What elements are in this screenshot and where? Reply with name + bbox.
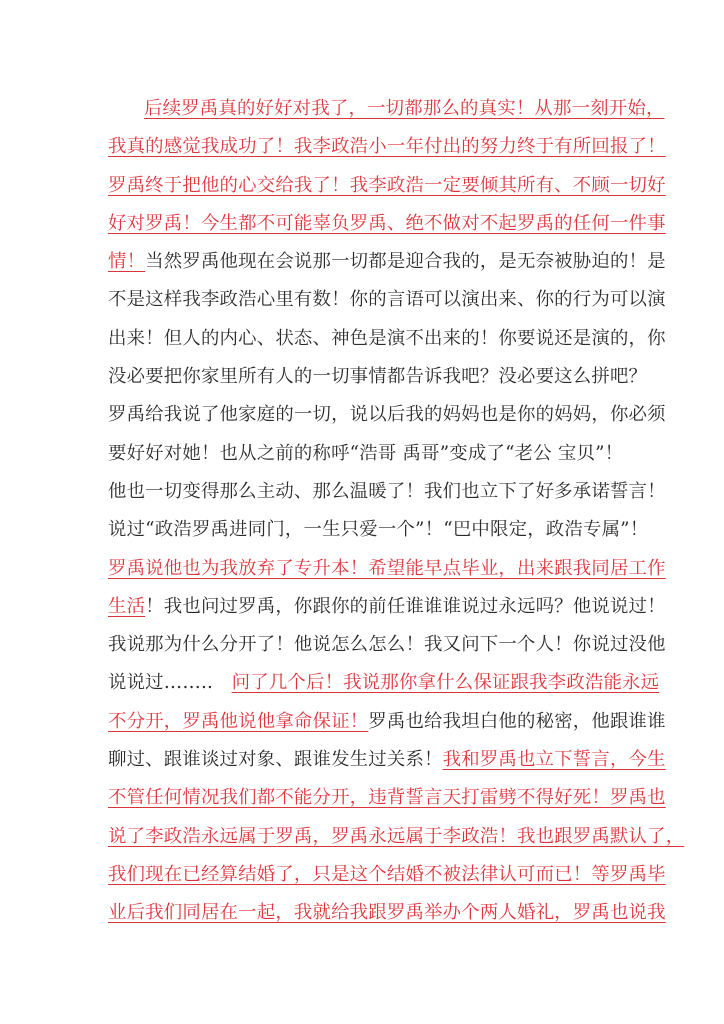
text-line: 没必要把你家里所有人的一切事情都告诉我吧？没必要这么拼吧？ <box>108 358 616 396</box>
highlighted-text: 生活 <box>108 596 145 617</box>
text-line: 我们现在已经算结婚了，只是这个结婚不被法律认可而已！等罗禹毕 <box>108 856 616 894</box>
text-line: 罗禹给我说了他家庭的一切，说以后我的妈妈也是你的妈妈，你必须 <box>108 396 616 434</box>
body-text: 不是这样我李政浩心里有数！你的言语可以演出来、你的行为可以演 <box>108 289 666 310</box>
highlighted-text: 罗禹终于把他的心交给我了！我李政浩一定要倾其所有、不顾一切好 <box>108 175 666 196</box>
text-line: 业后我们同居在一起，我就给我跟罗禹举办个两人婚礼，罗禹也说我 <box>108 894 616 932</box>
highlighted-text: 说了李政浩永远属于罗禹，罗禹永远属于李政浩！我也跟罗禹默认了， <box>108 826 684 847</box>
text-line: 说了李政浩永远属于罗禹，罗禹永远属于李政浩！我也跟罗禹默认了， <box>108 818 616 856</box>
text-line: 说说过…….. 问了几个后！我说那你拿什么保证跟我李政浩能永远 <box>108 664 616 702</box>
text-line: 罗禹终于把他的心交给我了！我李政浩一定要倾其所有、不顾一切好 <box>108 167 616 205</box>
text-line: 不分开，罗禹他说他拿命保证！罗禹也给我坦白他的秘密，他跟谁谁 <box>108 703 616 741</box>
body-text: 说说过…….. <box>108 672 232 693</box>
text-line: 聊过、跟谁谈过对象、跟谁发生过关系！我和罗禹也立下誓言，今生 <box>108 741 616 779</box>
highlighted-text: 业后我们同居在一起，我就给我跟罗禹举办个两人婚礼，罗禹也说我 <box>108 902 666 923</box>
body-text: 出来！但人的内心、状态、神色是演不出来的！你要说还是演的，你 <box>108 328 666 349</box>
text-line: 生活！我也问过罗禹，你跟你的前任谁谁谁说过永远吗？他说说过！ <box>108 588 616 626</box>
highlighted-text: 我们现在已经算结婚了，只是这个结婚不被法律认可而已！等罗禹毕 <box>108 864 666 885</box>
highlighted-text: 不管任何情况我们都不能分开，违背誓言天打雷劈不得好死！罗禹也 <box>108 787 666 808</box>
body-text: 要好好对她！也从之前的称呼“浩哥 禹哥”变成了“老公 宝贝”！ <box>108 443 623 464</box>
body-text: 当然罗禹他现在会说那一切都是迎合我的，是无奈被胁迫的！是 <box>145 251 666 272</box>
highlighted-text: 问了几个后！我说那你拿什么保证跟我李政浩能永远 <box>232 672 660 693</box>
text-line: 出来！但人的内心、状态、神色是演不出来的！你要说还是演的，你 <box>108 320 616 358</box>
highlighted-text: 罗禹说他也为我放弃了专升本！希望能早点毕业，出来跟我同居工作 <box>108 558 666 579</box>
body-text: 罗禹给我说了他家庭的一切，说以后我的妈妈也是你的妈妈，你必须 <box>108 404 666 425</box>
text-line: 我说那为什么分开了！他说怎么怎么！我又问下一个人！你说过没他 <box>108 626 616 664</box>
highlighted-text: 不分开，罗禹他说他拿命保证！ <box>108 711 368 732</box>
body-text: 没必要把你家里所有人的一切事情都告诉我吧？没必要这么拼吧？ <box>108 366 647 387</box>
text-line: 他也一切变得那么主动、那么温暖了！我们也立下了好多承诺誓言！ <box>108 473 616 511</box>
text-line: 不管任何情况我们都不能分开，违背誓言天打雷劈不得好死！罗禹也 <box>108 779 616 817</box>
text-line: 后续罗禹真的好好对我了，一切都那么的真实！从那一刻开始， <box>108 90 616 128</box>
text-line: 我真的感觉我成功了！我李政浩小一年付出的努力终于有所回报了！ <box>108 128 616 166</box>
highlighted-text: 我真的感觉我成功了！我李政浩小一年付出的努力终于有所回报了！ <box>108 136 666 157</box>
body-text: ！我也问过罗禹，你跟你的前任谁谁谁说过永远吗？他说说过！ <box>145 596 666 617</box>
body-text: 罗禹也给我坦白他的秘密，他跟谁谁 <box>368 711 665 732</box>
highlighted-text: 我和罗禹也立下誓言，今生 <box>443 749 666 770</box>
highlighted-text: 后续罗禹真的好好对我了，一切都那么的真实！从那一刻开始， <box>144 98 665 119</box>
text-line: 不是这样我李政浩心里有数！你的言语可以演出来、你的行为可以演 <box>108 281 616 319</box>
text-line: 好对罗禹！今生都不可能辜负罗禹、绝不做对不起罗禹的任何一件事 <box>108 205 616 243</box>
highlighted-text: 好对罗禹！今生都不可能辜负罗禹、绝不做对不起罗禹的任何一件事 <box>108 213 666 234</box>
text-line: 说过“政浩罗禹进同门，一生只爱一个”！“巴中限定，政浩专属”！ <box>108 511 616 549</box>
body-text: 说过“政浩罗禹进同门，一生只爱一个”！“巴中限定，政浩专属”！ <box>108 519 648 540</box>
text-line: 要好好对她！也从之前的称呼“浩哥 禹哥”变成了“老公 宝贝”！ <box>108 435 616 473</box>
text-line: 罗禹说他也为我放弃了专升本！希望能早点毕业，出来跟我同居工作 <box>108 550 616 588</box>
document-page: 后续罗禹真的好好对我了，一切都那么的真实！从那一刻开始，我真的感觉我成功了！我李… <box>108 90 616 933</box>
body-text: 聊过、跟谁谈过对象、跟谁发生过关系！ <box>108 749 443 770</box>
body-text: 我说那为什么分开了！他说怎么怎么！我又问下一个人！你说过没他 <box>108 634 666 655</box>
body-text: 他也一切变得那么主动、那么温暖了！我们也立下了好多承诺誓言！ <box>108 481 666 502</box>
highlighted-text: 情！ <box>108 251 145 272</box>
text-line: 情！当然罗禹他现在会说那一切都是迎合我的，是无奈被胁迫的！是 <box>108 243 616 281</box>
